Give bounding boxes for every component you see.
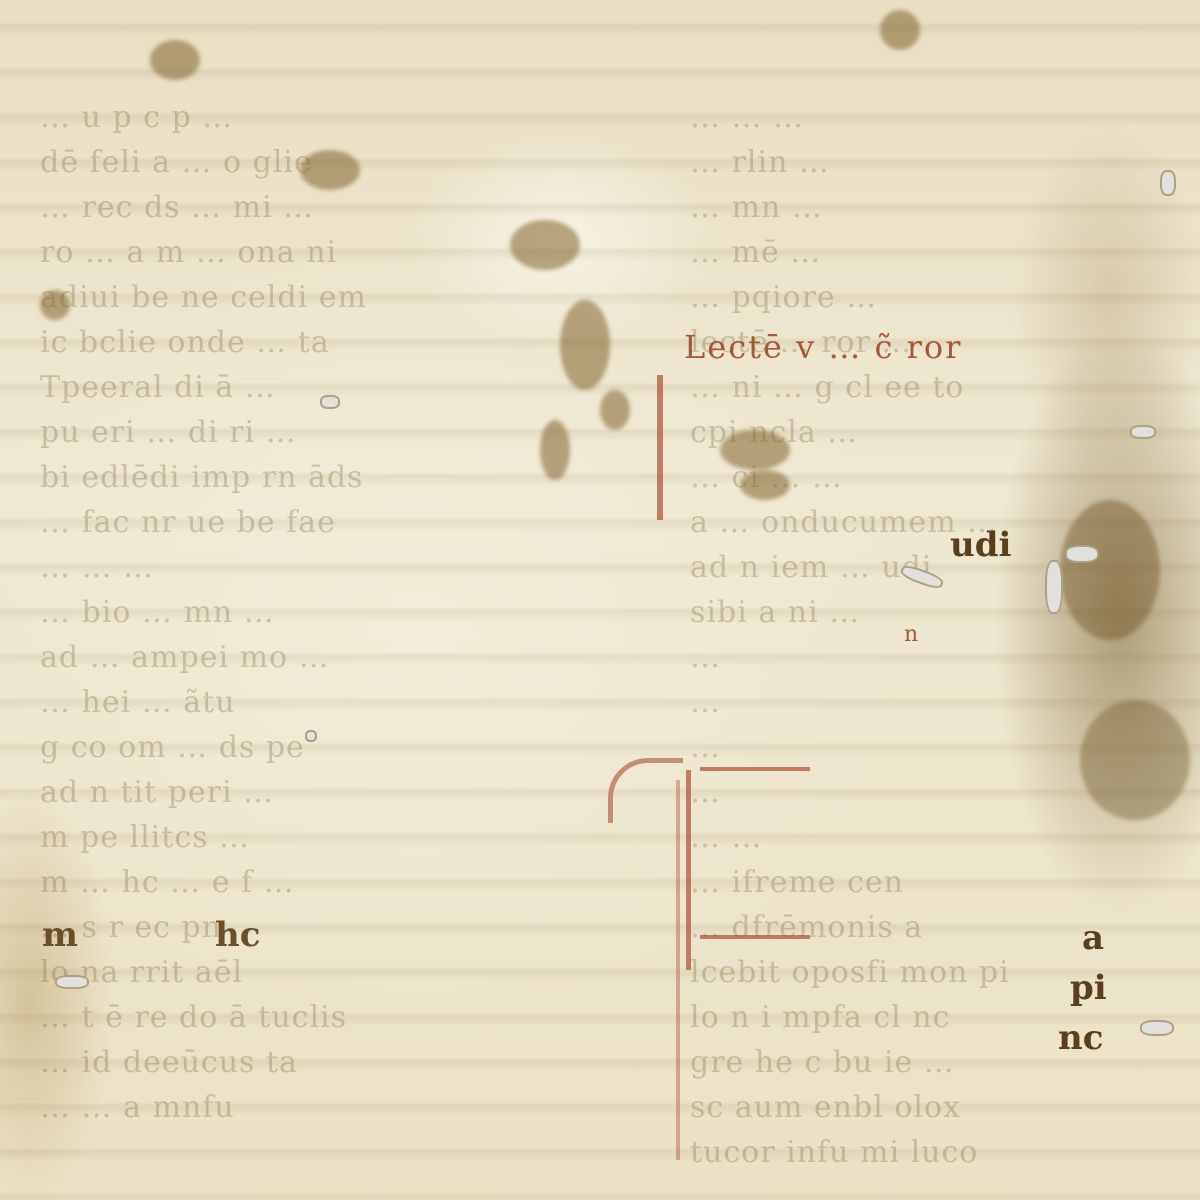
red-initial-crossbar: [700, 767, 810, 771]
faded-text-line: sc aum enbl olox: [690, 1085, 1190, 1130]
text-fragment: pi: [1070, 968, 1107, 1008]
ink-stain: [720, 430, 790, 470]
faded-text-line: … t ē re do ā tuclis: [40, 995, 560, 1040]
red-initial-crossbar: [700, 935, 810, 939]
text-fragment: hc: [215, 915, 260, 955]
faded-text-line: dē feli a … o glie: [40, 140, 560, 185]
faded-text-line: ad n tit peri …: [40, 770, 560, 815]
faded-text-line: ro … a m … ona ni: [40, 230, 560, 275]
faded-text-line: lo na rrit aēl: [40, 950, 560, 995]
text-fragment: nc: [1058, 1018, 1103, 1058]
faded-text-line: lo n i mpfa cl nc: [690, 995, 1190, 1040]
parchment-hole: [305, 730, 317, 742]
ink-stain: [150, 40, 200, 80]
ink-stain: [540, 420, 570, 480]
faded-text-line: … … a mnfu: [40, 1085, 560, 1130]
water-stain: [1060, 500, 1160, 640]
red-initial-stroke: [657, 375, 663, 520]
faded-text-line: … pqiore …: [690, 275, 1190, 320]
faded-text-line: … fac nr ue be fae: [40, 500, 560, 545]
faded-text-line: tucor infu mi luco: [690, 1130, 1190, 1175]
faded-text-line: … mē …: [690, 230, 1190, 275]
faded-text-line: … dfrēmonis a: [690, 905, 1190, 950]
faded-text-line: … …: [690, 815, 1190, 860]
faded-text-line: … s r ec pn: [40, 905, 560, 950]
faded-text-line: bi edlēdi imp rn āds: [40, 455, 560, 500]
ink-stain: [510, 220, 580, 270]
faded-text-line: adiui be ne celdi em: [40, 275, 560, 320]
parchment-hole: [1160, 170, 1176, 196]
parchment-hole: [1130, 425, 1156, 439]
faded-text-line: … ifreme cen: [690, 860, 1190, 905]
manuscript-page: … u p c p …dē feli a … o glie … rec ds ……: [0, 0, 1200, 1200]
ink-stain: [560, 300, 610, 390]
text-fragment: m: [42, 915, 78, 955]
ink-stain: [40, 290, 70, 320]
water-stain: [1080, 700, 1190, 820]
faded-text-line: … mn …: [690, 185, 1190, 230]
ink-stain: [300, 150, 360, 190]
red-mark: n: [904, 622, 920, 647]
text-fragment: a: [1082, 918, 1104, 958]
faded-text-line: m pe llitcs …: [40, 815, 560, 860]
faded-text-line: pu eri … di ri …: [40, 410, 560, 455]
faded-text-line: … hei … ãtu: [40, 680, 560, 725]
red-initial-stroke: [676, 780, 680, 1160]
faded-text-line: g co om … ds pe: [40, 725, 560, 770]
text-column-right: … … … … rlin … … mn … … mē … … pqiore …l…: [690, 95, 1190, 1195]
faded-text-line: …: [690, 635, 1190, 680]
rubric-heading: Lectē v … c̃ ror: [684, 328, 962, 366]
faded-text-line: … rec ds … mi …: [40, 185, 560, 230]
parchment-hole: [320, 395, 340, 409]
faded-text-line: … … …: [690, 95, 1190, 140]
faded-text-line: ad … ampei mo …: [40, 635, 560, 680]
faded-text-line: … u p c p …: [40, 95, 560, 140]
faded-text-line: gre he c bu ie …: [690, 1040, 1190, 1085]
faded-text-line: … id deeūcus ta: [40, 1040, 560, 1085]
faded-text-line: … ni … g cl ee to: [690, 365, 1190, 410]
faded-text-line: Tpeeral di ā …: [40, 365, 560, 410]
parchment-hole: [55, 975, 89, 989]
text-column-left: … u p c p …dē feli a … o glie … rec ds ……: [40, 95, 560, 1195]
ink-stain: [880, 10, 920, 50]
parchment-hole: [1045, 560, 1063, 614]
ink-stain: [740, 470, 790, 500]
parchment-hole: [1140, 1020, 1174, 1036]
parchment-hole: [1065, 545, 1099, 563]
faded-text-line: m … hc … e f …: [40, 860, 560, 905]
ink-stain: [600, 390, 630, 430]
red-initial-f: [608, 758, 683, 823]
text-fragment: udi: [950, 525, 1011, 565]
faded-text-line: lcebit oposfi mon pi: [690, 950, 1190, 995]
faded-text-line: … rlin …: [690, 140, 1190, 185]
faded-text-line: … bio … mn …: [40, 590, 560, 635]
red-initial-stroke: [686, 770, 691, 970]
faded-text-line: … … …: [40, 545, 560, 590]
faded-text-line: ic bclie onde … ta: [40, 320, 560, 365]
